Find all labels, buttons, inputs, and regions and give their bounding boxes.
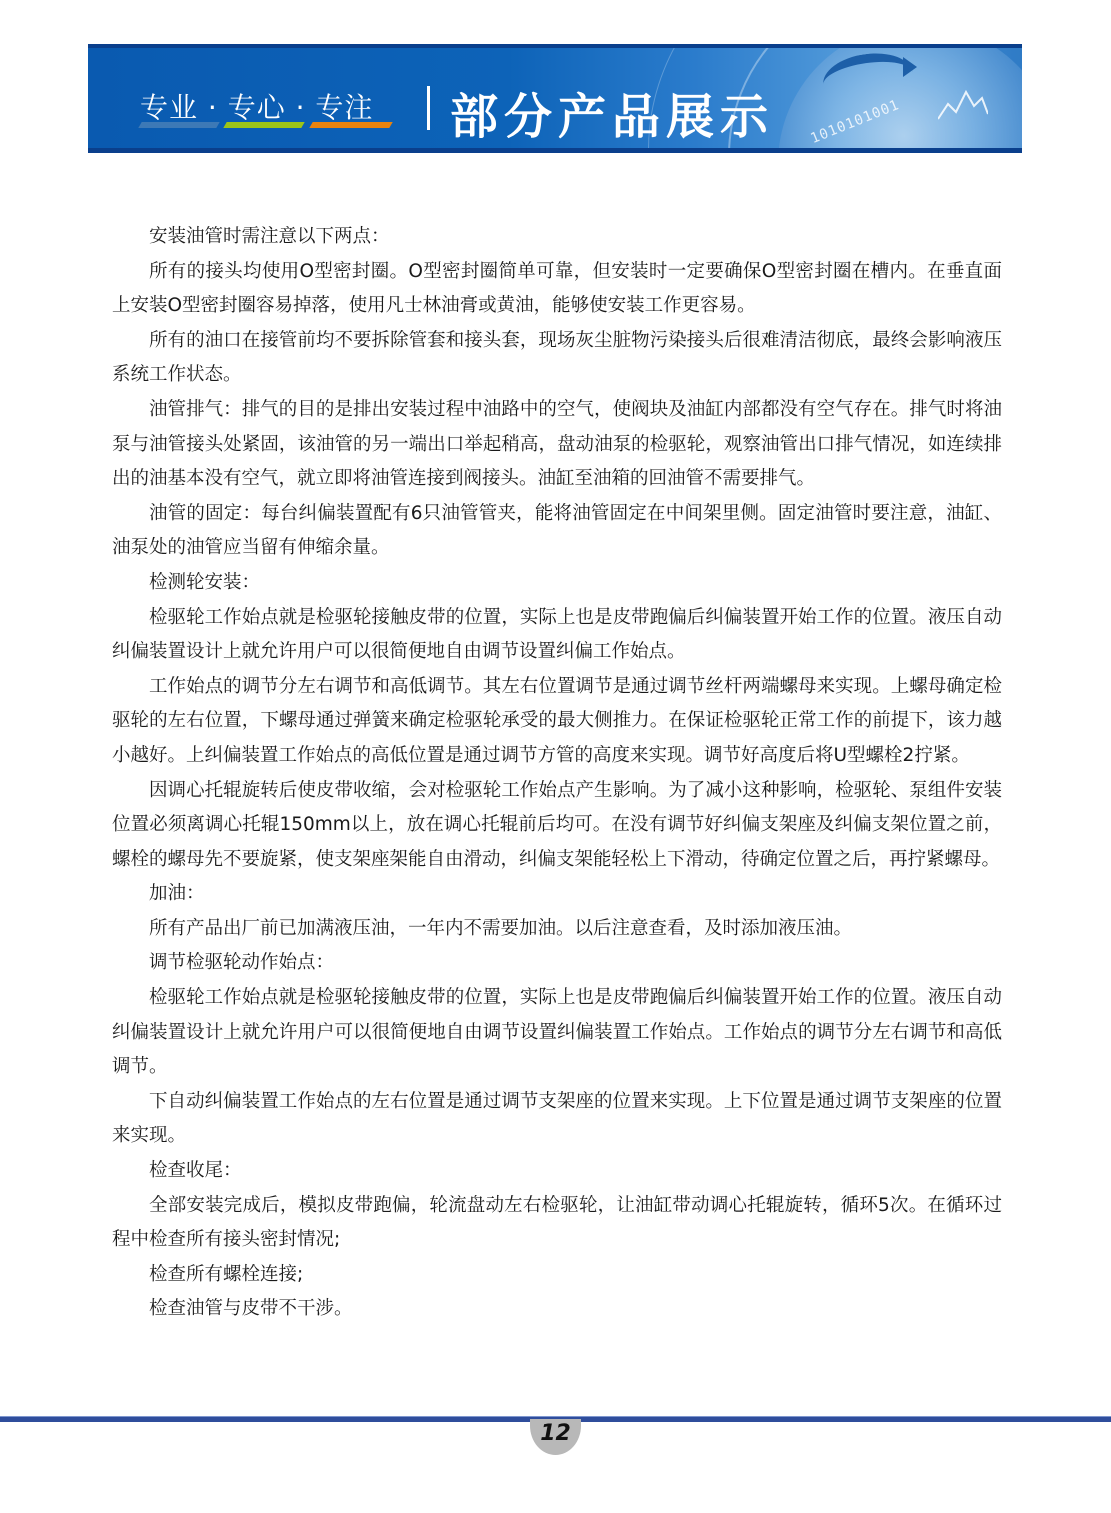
accent-stripe-green — [223, 122, 304, 128]
page-title: 部分产品展示 — [450, 78, 774, 147]
paragraph: 检查油管与皮带不干涉。 — [112, 1292, 1002, 1327]
line-chart-icon — [938, 84, 988, 124]
paragraph: 工作始点的调节分左右调节和高低调节。其左右位置调节是通过调节丝杆两端螺母来实现。… — [112, 670, 1002, 774]
paragraph: 所有产品出厂前已加满液压油，一年内不需要加油。以后注意查看，及时添加液压油。 — [112, 912, 1002, 947]
paragraph: 检驱轮工作始点就是检驱轮接触皮带的位置，实际上也是皮带跑偏后纠偏装置开始工作的位… — [112, 601, 1002, 670]
paragraph: 因调心托辊旋转后使皮带收缩，会对检驱轮工作始点产生影响。为了减小这种影响，检驱轮… — [112, 774, 1002, 878]
paragraph: 全部安装完成后，模拟皮带跑偏，轮流盘动左右检驱轮，让油缸带动调心托辊旋转，循环5… — [112, 1189, 1002, 1258]
section-heading: 检测轮安装： — [112, 566, 1002, 601]
arrow-head-icon — [903, 57, 917, 77]
banner-top-border — [88, 44, 1022, 48]
slogan: 专业 · 专心 · 专注 — [140, 86, 373, 126]
section-heading: 调节检驱轮动作始点： — [112, 946, 1002, 981]
body-text: 安装油管时需注意以下两点： 所有的接头均使用O型密封圈。O型密封圈简单可靠，但安… — [112, 220, 1002, 1327]
banner-bottom-border — [88, 148, 1022, 153]
paragraph: 下自动纠偏装置工作始点的左右位置是通过调节支架座的位置来实现。上下位置是通过调节… — [112, 1085, 1002, 1154]
paragraph: 所有的油口在接管前均不要拆除管套和接头套，现场灰尘脏物污染接头后很难清洁彻底，最… — [112, 324, 1002, 393]
section-heading: 检查收尾： — [112, 1154, 1002, 1189]
page-number: 12 — [530, 1421, 581, 1446]
accent-stripe-blue — [138, 122, 219, 128]
paragraph: 安装油管时需注意以下两点： — [112, 220, 1002, 255]
title-divider — [427, 86, 430, 130]
paragraph: 油管排气：排气的目的是排出安装过程中油路中的空气，使阀块及油缸内部都没有空气存在… — [112, 393, 1002, 497]
accent-stripe-orange — [309, 122, 392, 128]
paragraph: 所有的接头均使用O型密封圈。O型密封圈简单可靠，但安装时一定要确保O型密封圈在槽… — [112, 255, 1002, 324]
paragraph: 检驱轮工作始点就是检驱轮接触皮带的位置，实际上也是皮带跑偏后纠偏装置开始工作的位… — [112, 981, 1002, 1085]
paragraph: 油管的固定：每台纠偏装置配有6只油管管夹，能将油管固定在中间架里侧。固定油管时要… — [112, 497, 1002, 566]
paragraph: 检查所有螺栓连接; — [112, 1258, 1002, 1293]
section-heading: 加油： — [112, 877, 1002, 912]
